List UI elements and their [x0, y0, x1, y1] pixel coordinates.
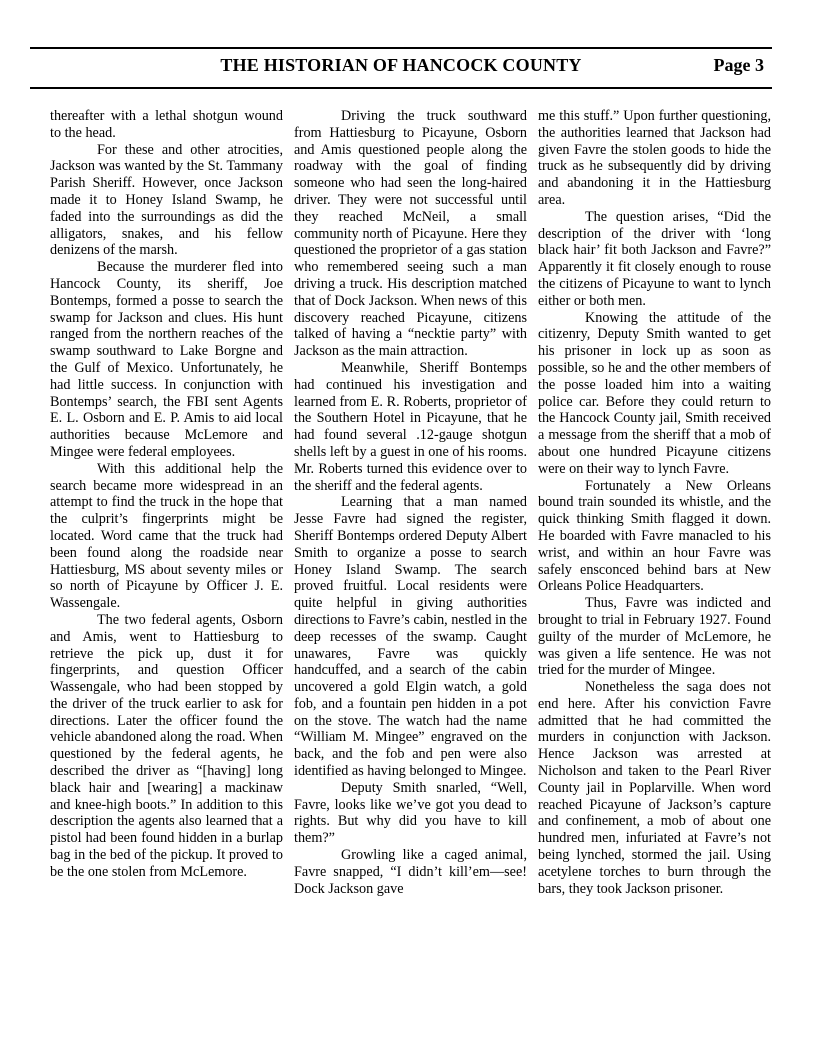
- article-paragraph: The two federal agents, Osborn and Amis,…: [50, 612, 283, 881]
- page-number: Page 3: [714, 55, 764, 76]
- newsletter-page: THE HISTORIAN OF HANCOCK COUNTY Page 3 t…: [0, 0, 816, 1056]
- text-column-3: me this stuff.” Upon further questioning…: [538, 108, 771, 897]
- text-column-1: thereafter with a lethal shotgun wound t…: [50, 108, 283, 897]
- article-paragraph: For these and other atrocities, Jackson …: [50, 142, 283, 260]
- article-paragraph: Because the murderer fled into Hancock C…: [50, 259, 283, 461]
- article-paragraph: Fortunately a New Orleans bound train so…: [538, 478, 771, 596]
- article-paragraph: With this additional help the search bec…: [50, 461, 283, 612]
- article-paragraph: Growling like a caged animal, Favre snap…: [294, 847, 527, 897]
- article-paragraph: The question arises, “Did the descriptio…: [538, 209, 771, 310]
- article-paragraph: Nonetheless the saga does not end here. …: [538, 679, 771, 897]
- page-header: THE HISTORIAN OF HANCOCK COUNTY Page 3: [30, 55, 772, 76]
- article-paragraph: Deputy Smith snarled, “Well, Favre, look…: [294, 780, 527, 847]
- article-paragraph: Thus, Favre was indicted and brought to …: [538, 595, 771, 679]
- article-paragraph: Knowing the attitude of the citizenry, D…: [538, 310, 771, 478]
- article-paragraph: Learning that a man named Jesse Favre ha…: [294, 494, 527, 780]
- article-paragraph: Driving the truck southward from Hatties…: [294, 108, 527, 360]
- article-paragraph: Meanwhile, Sheriff Bontemps had continue…: [294, 360, 527, 494]
- text-column-2: Driving the truck southward from Hatties…: [294, 108, 527, 897]
- article-paragraph: thereafter with a lethal shotgun wound t…: [50, 108, 283, 142]
- header-rule-bottom: [30, 87, 772, 89]
- article-paragraph: me this stuff.” Upon further questioning…: [538, 108, 771, 209]
- newsletter-title: THE HISTORIAN OF HANCOCK COUNTY: [220, 55, 581, 76]
- header-rule-top: [30, 47, 772, 49]
- article-body: thereafter with a lethal shotgun wound t…: [50, 108, 772, 897]
